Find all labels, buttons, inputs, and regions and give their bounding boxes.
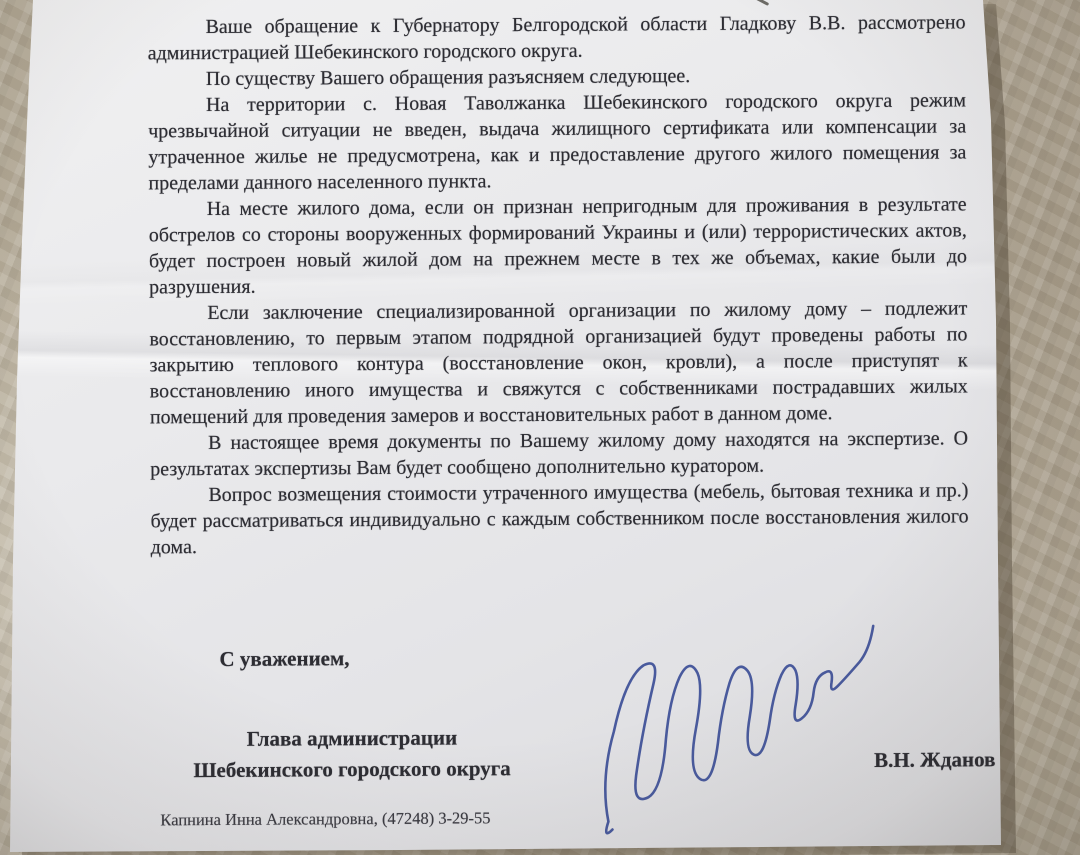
executor-contact: Капнина Инна Александровна, (47248) 3-29… <box>160 808 490 830</box>
paragraph: На месте жилого дома, если он признан не… <box>149 191 968 300</box>
paragraph: Ваше обращение к Губернатору Белгородско… <box>147 9 965 66</box>
letter-body: Ваше обращение к Губернатору Белгородско… <box>147 9 968 560</box>
letter-content: Ваше обращение к Губернатору Белгородско… <box>0 0 1080 855</box>
paragraph: Если заключение специализированной орган… <box>149 295 968 430</box>
paragraph: В настоящее время документы по Вашему жи… <box>150 425 968 482</box>
closing-salutation: С уважением, <box>219 646 349 672</box>
signer-title: Глава администрации Шебекинского городск… <box>162 722 542 786</box>
photo-scene: Ваше обращение к Губернатору Белгородско… <box>0 0 1080 855</box>
ink-speck <box>755 0 770 6</box>
letter-page: Ваше обращение к Губернатору Белгородско… <box>0 0 1080 855</box>
signer-title-line2: Шебекинского городского округа <box>162 753 542 786</box>
signer-name: В.Н. Жданов <box>874 747 996 773</box>
paragraph: Вопрос возмещения стоимости утраченного … <box>150 477 968 560</box>
paragraph: На территории с. Новая Таволжанка Шебеки… <box>148 87 967 196</box>
signer-title-line1: Глава администрации <box>162 722 542 755</box>
signature <box>581 606 894 843</box>
